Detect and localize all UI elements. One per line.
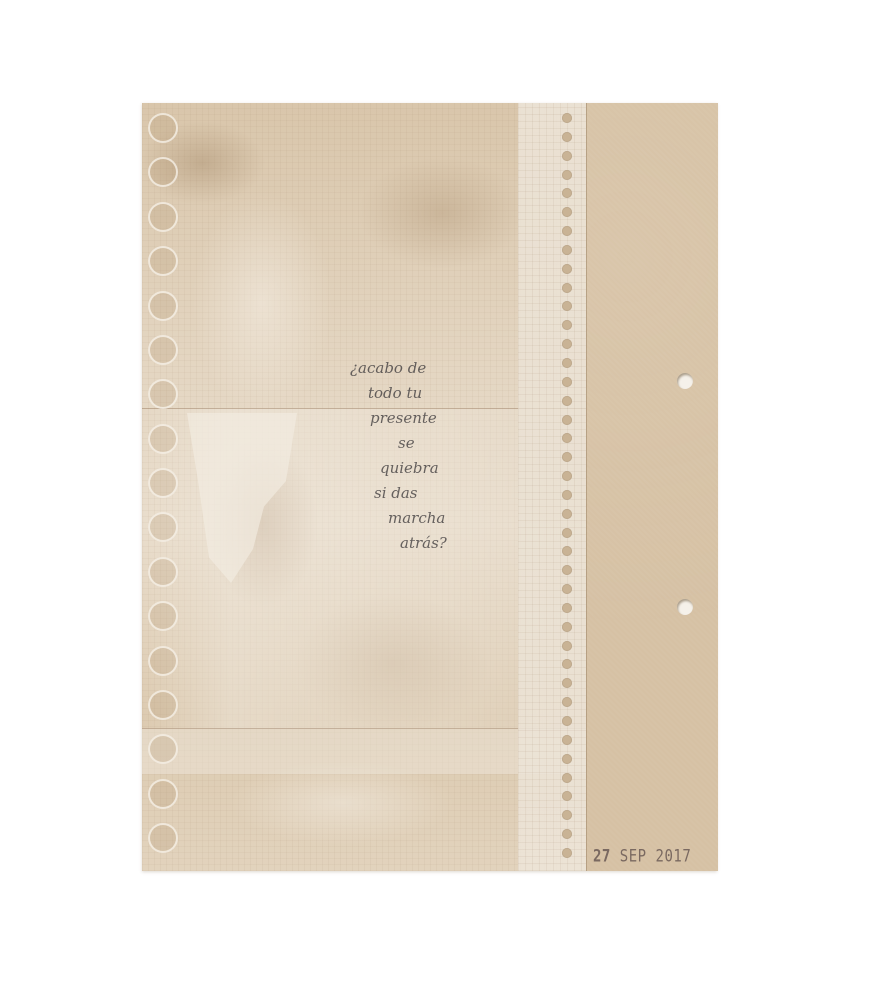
perforation-hole-icon bbox=[562, 151, 572, 161]
ring-imprint-icon bbox=[148, 779, 178, 809]
perforation-hole-icon bbox=[562, 320, 572, 330]
perforation-hole-icon bbox=[562, 396, 572, 406]
collage-artwork: ¿acabo de todo tu presente se quiebra si… bbox=[142, 103, 717, 871]
ring-imprint-icon bbox=[148, 468, 178, 498]
perforation-hole-icon bbox=[562, 245, 572, 255]
perforation-hole-icon bbox=[562, 584, 572, 594]
ring-imprint-icon bbox=[148, 734, 178, 764]
perforation-hole-icon bbox=[562, 433, 572, 443]
handwriting-line: quiebra bbox=[380, 456, 520, 481]
handwriting-line: ¿acabo de bbox=[350, 356, 520, 381]
ring-imprint-column bbox=[148, 113, 188, 853]
handwriting-line: marcha bbox=[388, 506, 520, 531]
date-stamp-day: 27 bbox=[593, 847, 611, 866]
handwritten-text: ¿acabo de todo tu presente se quiebra si… bbox=[350, 356, 520, 556]
perforation-hole-icon bbox=[562, 377, 572, 387]
ring-imprint-icon bbox=[148, 690, 178, 720]
punch-hole-icon bbox=[677, 373, 693, 389]
perforation-hole-icon bbox=[562, 641, 572, 651]
perforation-hole-icon bbox=[562, 113, 572, 123]
ring-imprint-icon bbox=[148, 424, 178, 454]
ring-imprint-icon bbox=[148, 823, 178, 853]
perforation-hole-icon bbox=[562, 471, 572, 481]
perforation-hole-icon bbox=[562, 659, 572, 669]
perforation-hole-icon bbox=[562, 358, 572, 368]
perforation-hole-icon bbox=[562, 716, 572, 726]
perforation-hole-icon bbox=[562, 226, 572, 236]
ring-imprint-icon bbox=[148, 557, 178, 587]
handwriting-line: presente bbox=[370, 406, 520, 431]
date-stamp: 27 SEP 2017 bbox=[593, 847, 691, 866]
ring-imprint-icon bbox=[148, 202, 178, 232]
perforation-hole-icon bbox=[562, 170, 572, 180]
perforation-hole-icon bbox=[562, 603, 572, 613]
perforation-hole-icon bbox=[562, 490, 572, 500]
perforation-hole-icon bbox=[562, 773, 572, 783]
perforation-hole-icon bbox=[562, 301, 572, 311]
perforation-hole-icon bbox=[562, 565, 572, 575]
ring-imprint-icon bbox=[148, 113, 178, 143]
perforation-hole-icon bbox=[562, 188, 572, 198]
perforated-paper-strip bbox=[518, 103, 586, 871]
perforation-hole-icon bbox=[562, 735, 572, 745]
ring-imprint-icon bbox=[148, 646, 178, 676]
perforation-hole-icon bbox=[562, 848, 572, 858]
perforation-hole-icon bbox=[562, 264, 572, 274]
ring-imprint-icon bbox=[148, 379, 178, 409]
date-stamp-year: 2017 bbox=[656, 847, 692, 866]
handwriting-line: todo tu bbox=[368, 381, 520, 406]
perforation-hole-icon bbox=[562, 697, 572, 707]
handwriting-line: atrás? bbox=[400, 531, 520, 556]
perforation-hole-icon bbox=[562, 810, 572, 820]
handwriting-line: si das bbox=[374, 481, 520, 506]
perforation-hole-icon bbox=[562, 339, 572, 349]
perforation-hole-icon bbox=[562, 622, 572, 632]
perforation-hole-icon bbox=[562, 452, 572, 462]
perforation-hole-icon bbox=[562, 415, 572, 425]
perforation-holes bbox=[562, 113, 574, 858]
perforation-hole-icon bbox=[562, 791, 572, 801]
date-stamp-month: SEP bbox=[620, 847, 647, 866]
perforation-hole-icon bbox=[562, 546, 572, 556]
ring-imprint-icon bbox=[148, 512, 178, 542]
perforation-hole-icon bbox=[562, 207, 572, 217]
punch-hole-icon bbox=[677, 599, 693, 615]
perforation-hole-icon bbox=[562, 678, 572, 688]
perforation-hole-icon bbox=[562, 132, 572, 142]
ring-imprint-icon bbox=[148, 601, 178, 631]
perforation-hole-icon bbox=[562, 754, 572, 764]
perforation-hole-icon bbox=[562, 829, 572, 839]
kraft-board-strip: 27 SEP 2017 bbox=[586, 103, 718, 871]
ring-imprint-icon bbox=[148, 246, 178, 276]
ring-imprint-icon bbox=[148, 335, 178, 365]
handwriting-line: se bbox=[398, 431, 520, 456]
perforation-hole-icon bbox=[562, 283, 572, 293]
ring-imprint-icon bbox=[148, 157, 178, 187]
perforation-hole-icon bbox=[562, 509, 572, 519]
perforation-hole-icon bbox=[562, 528, 572, 538]
ring-imprint-icon bbox=[148, 291, 178, 321]
